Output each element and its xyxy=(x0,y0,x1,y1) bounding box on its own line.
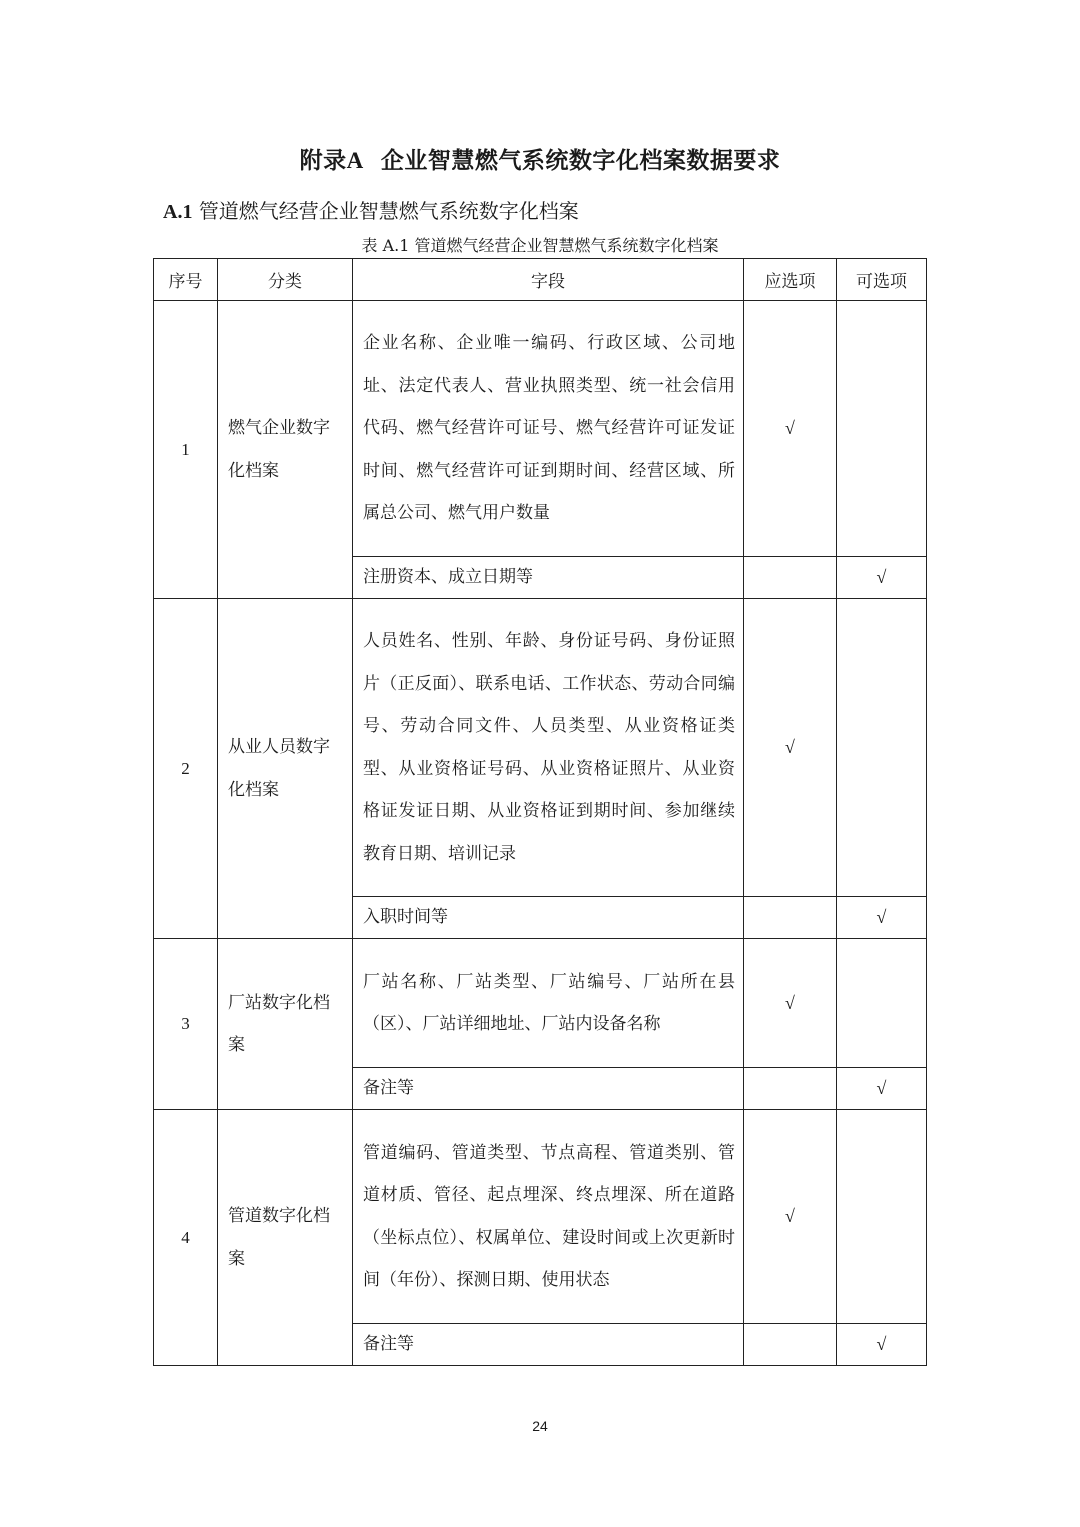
optional-required-empty xyxy=(744,897,837,939)
header-fields: 字段 xyxy=(353,259,744,301)
row-number: 3 xyxy=(154,939,218,1110)
table-row: 4 管道数字化档案 管道编码、管道类型、节点高程、管道类别、管道材质、管径、起点… xyxy=(154,1110,927,1324)
required-fields: 厂站名称、厂站类型、厂站编号、厂站所在县（区）、厂站详细地址、厂站内设备名称 xyxy=(353,939,744,1068)
section-number: A.1 xyxy=(163,201,192,223)
row-category: 厂站数字化档案 xyxy=(218,939,353,1110)
row-category: 管道数字化档案 xyxy=(218,1110,353,1366)
required-fields: 企业名称、企业唯一编码、行政区域、公司地址、法定代表人、营业执照类型、统一社会信… xyxy=(353,301,744,557)
header-optional: 可选项 xyxy=(837,259,927,301)
optional-checkmark: √ xyxy=(837,1068,927,1110)
optional-required-empty xyxy=(744,1324,837,1366)
header-required: 应选项 xyxy=(744,259,837,301)
optional-checkmark: √ xyxy=(837,557,927,599)
optional-fields: 备注等 xyxy=(353,1324,744,1366)
optional-checkmark: √ xyxy=(837,1324,927,1366)
appendix-title-letter: A xyxy=(347,148,364,173)
appendix-title-text: 企业智慧燃气系统数字化档案数据要求 xyxy=(381,148,781,174)
row-category: 从业人员数字化档案 xyxy=(218,599,353,939)
header-category: 分类 xyxy=(218,259,353,301)
required-checkmark: √ xyxy=(744,301,837,557)
row-number: 1 xyxy=(154,301,218,599)
table-header-row: 序号 分类 字段 应选项 可选项 xyxy=(154,259,927,301)
optional-fields: 备注等 xyxy=(353,1068,744,1110)
required-fields: 管道编码、管道类型、节点高程、管道类别、管道材质、管径、起点埋深、终点埋深、所在… xyxy=(353,1110,744,1324)
appendix-title-prefix: 附录 xyxy=(300,148,347,174)
header-no: 序号 xyxy=(154,259,218,301)
page-number: 24 xyxy=(0,1418,1080,1434)
archive-data-table: 序号 分类 字段 应选项 可选项 1 燃气企业数字化档案 企业名称、企业唯一编码… xyxy=(153,258,927,1366)
row-number: 2 xyxy=(154,599,218,939)
optional-required-empty xyxy=(744,557,837,599)
required-optional-empty xyxy=(837,599,927,897)
table-row: 3 厂站数字化档案 厂站名称、厂站类型、厂站编号、厂站所在县（区）、厂站详细地址… xyxy=(154,939,927,1068)
optional-fields: 注册资本、成立日期等 xyxy=(353,557,744,599)
section-title: 管道燃气经营企业智慧燃气系统数字化档案 xyxy=(199,199,579,223)
optional-checkmark: √ xyxy=(837,897,927,939)
required-checkmark: √ xyxy=(744,599,837,897)
row-category: 燃气企业数字化档案 xyxy=(218,301,353,599)
required-optional-empty xyxy=(837,301,927,557)
row-number: 4 xyxy=(154,1110,218,1366)
required-optional-empty xyxy=(837,939,927,1068)
optional-required-empty xyxy=(744,1068,837,1110)
required-optional-empty xyxy=(837,1110,927,1324)
required-fields: 人员姓名、性别、年龄、身份证号码、身份证照片（正反面）、联系电话、工作状态、劳动… xyxy=(353,599,744,897)
section-heading: A.1 管道燃气经营企业智慧燃气系统数字化档案 xyxy=(163,195,579,224)
required-checkmark: √ xyxy=(744,1110,837,1324)
table-caption: 表 A.1 管道燃气经营企业智慧燃气系统数字化档案 xyxy=(0,233,1080,256)
required-checkmark: √ xyxy=(744,939,837,1068)
table-row: 1 燃气企业数字化档案 企业名称、企业唯一编码、行政区域、公司地址、法定代表人、… xyxy=(154,301,927,557)
optional-fields: 入职时间等 xyxy=(353,897,744,939)
appendix-title: 附录A 企业智慧燃气系统数字化档案数据要求 xyxy=(0,142,1080,175)
table-row: 2 从业人员数字化档案 人员姓名、性别、年龄、身份证号码、身份证照片（正反面）、… xyxy=(154,599,927,897)
